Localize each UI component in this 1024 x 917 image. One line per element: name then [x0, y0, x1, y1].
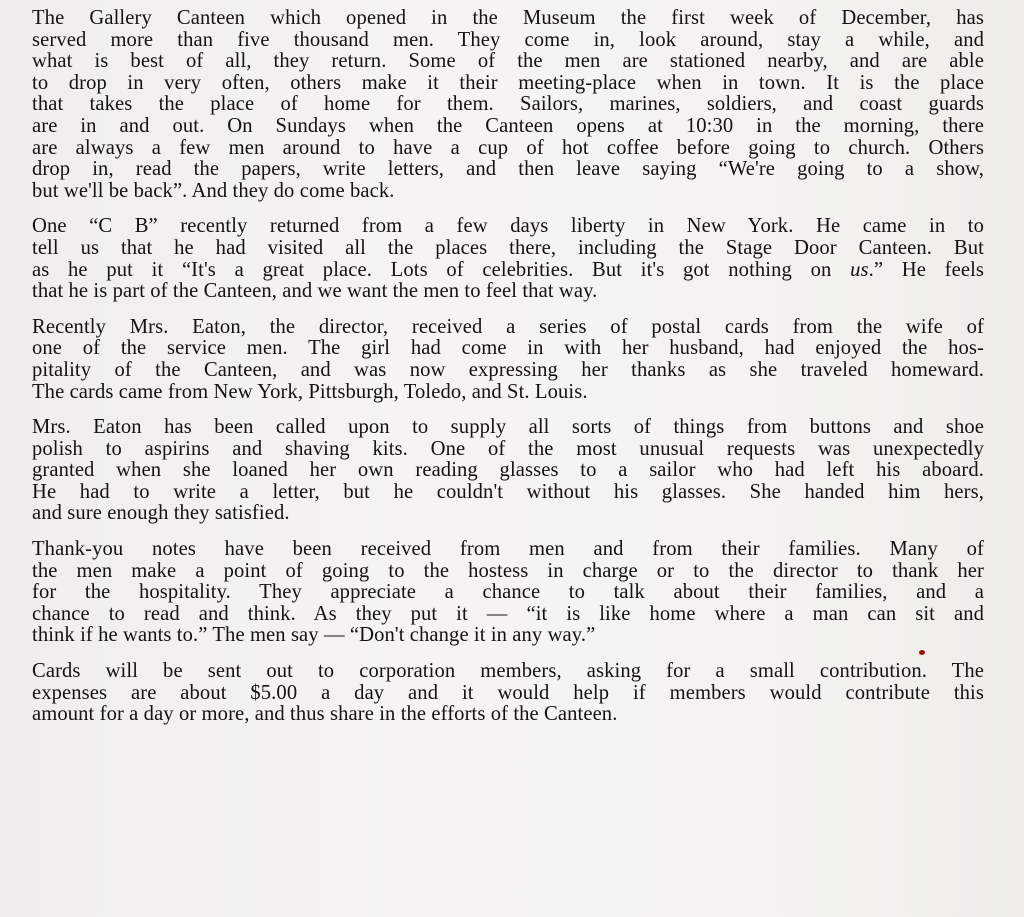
- text-line: polish to aspirins and shaving kits. One…: [32, 439, 984, 461]
- text-line: granted when she loaned her own reading …: [32, 460, 984, 482]
- text-line: are always a few men around to have a cu…: [32, 138, 984, 160]
- text-line: amount for a day or more, and thus share…: [32, 704, 984, 726]
- ink-stain-mark: [919, 650, 925, 655]
- text-line: but we'll be back”. And they do come bac…: [32, 181, 984, 203]
- text-line: One “C B” recently returned from a few d…: [32, 216, 984, 238]
- text-line: are in and out. On Sundays when the Cant…: [32, 116, 984, 138]
- emphasis-text: us: [850, 259, 869, 281]
- text-line: that he is part of the Canteen, and we w…: [32, 281, 984, 303]
- text-line: He had to write a letter, but he couldn'…: [32, 482, 984, 504]
- text-line: pitality of the Canteen, and was now exp…: [32, 360, 984, 382]
- paragraph-requests: Mrs. Eaton has been called upon to suppl…: [32, 417, 984, 525]
- document-page: The Gallery Canteen which opened in the …: [32, 4, 984, 740]
- text-line: that takes the place of home for them. S…: [32, 94, 984, 116]
- text-line: what is best of all, they return. Some o…: [32, 51, 984, 73]
- text-line: Recently Mrs. Eaton, the director, recei…: [32, 317, 984, 339]
- text-line: expenses are about $5.00 a day and it wo…: [32, 683, 984, 705]
- text-line: Thank-you notes have been received from …: [32, 539, 984, 561]
- text-line: The Gallery Canteen which opened in the …: [32, 8, 984, 30]
- text-line: tell us that he had visited all the plac…: [32, 238, 984, 260]
- text-line: Mrs. Eaton has been called upon to suppl…: [32, 417, 984, 439]
- text-line: chance to read and think. As they put it…: [32, 604, 984, 626]
- text-line: served more than five thousand men. They…: [32, 30, 984, 52]
- text-line: drop in, read the papers, write letters,…: [32, 159, 984, 181]
- text-line: and sure enough they satisfied.: [32, 503, 984, 525]
- text-line: The cards came from New York, Pittsburgh…: [32, 382, 984, 404]
- text-line: think if he wants to.” The men say — “Do…: [32, 625, 984, 647]
- text-line: for the hospitality. They appreciate a c…: [32, 582, 984, 604]
- paragraph-thank-you-notes: Thank-you notes have been received from …: [32, 539, 984, 647]
- text-line: the men make a point of going to the hos…: [32, 561, 984, 583]
- paragraph-contributions: Cards will be sent out to corporation me…: [32, 661, 984, 726]
- text-line: Cards will be sent out to corporation me…: [32, 661, 984, 683]
- text-line: one of the service men. The girl had com…: [32, 338, 984, 360]
- paragraph-canteen-opening: The Gallery Canteen which opened in the …: [32, 8, 984, 202]
- paragraph-postal-cards: Recently Mrs. Eaton, the director, recei…: [32, 317, 984, 403]
- text-line: as he put it “It's a great place. Lots o…: [32, 260, 984, 282]
- text-line: to drop in very often, others make it th…: [32, 73, 984, 95]
- paragraph-cb-story: One “C B” recently returned from a few d…: [32, 216, 984, 302]
